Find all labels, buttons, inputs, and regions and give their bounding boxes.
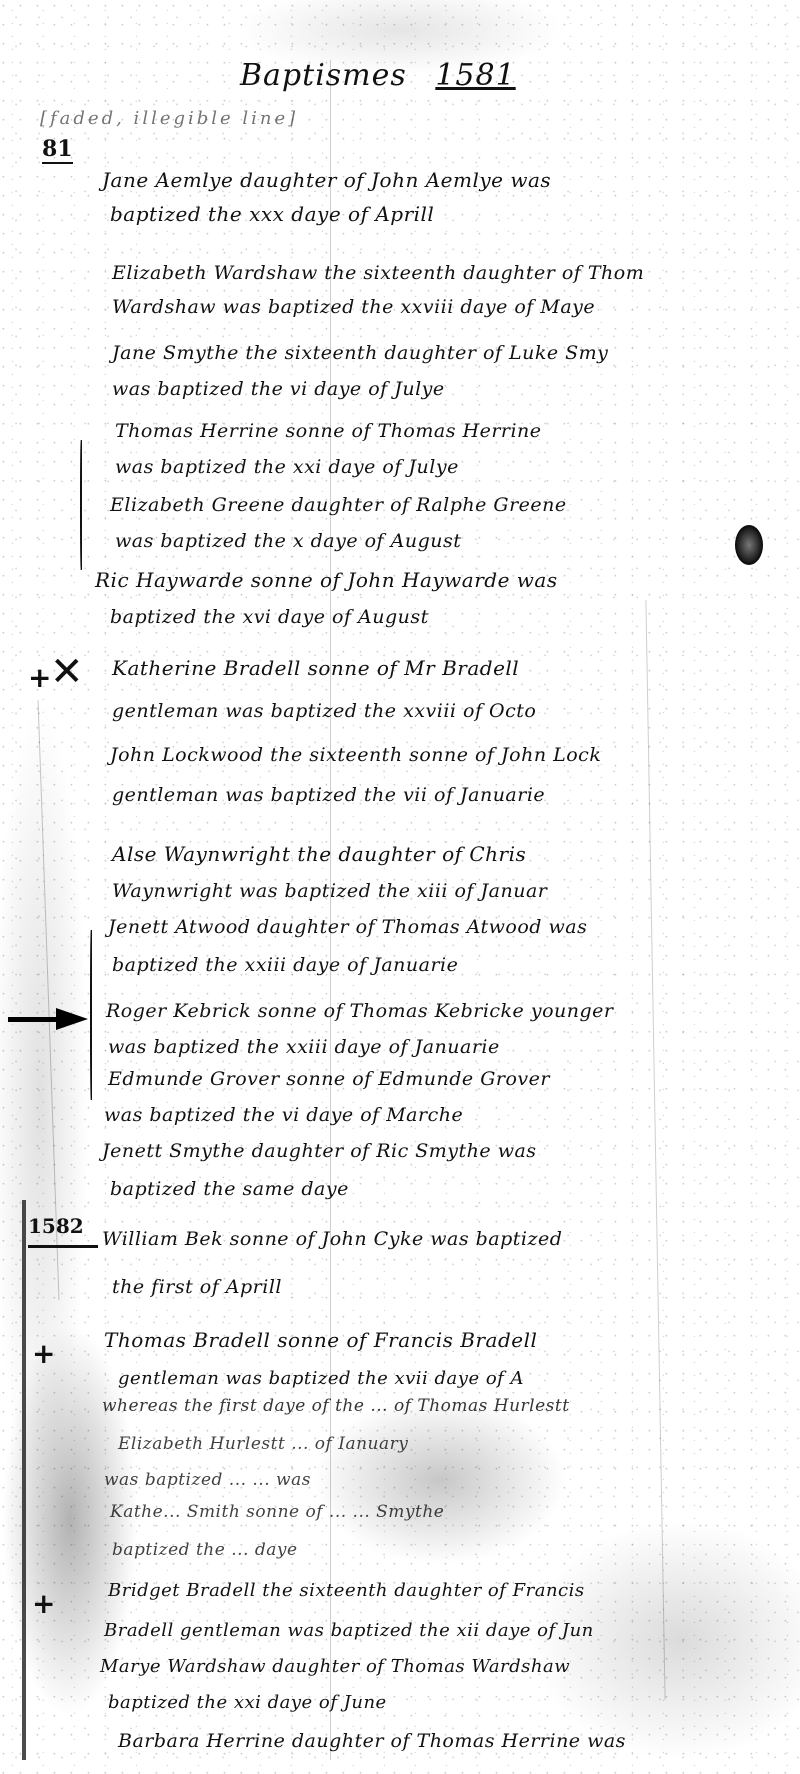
entry-line: Elizabeth Greene daughter of Ralphe Gree… bbox=[110, 494, 567, 516]
margin-cross-mark: + bbox=[32, 1590, 55, 1618]
entry-line: baptized the xxiii daye of Januarie bbox=[112, 954, 458, 976]
faded-line: [faded, illegible line] bbox=[40, 108, 760, 129]
entry-line: baptized the same daye bbox=[110, 1178, 349, 1200]
entry-line: Jenett Atwood daughter of Thomas Atwood … bbox=[108, 916, 587, 938]
entry-line: Jane Smythe the sixteenth daughter of Lu… bbox=[112, 342, 608, 364]
page-title: Baptismes 1581 bbox=[240, 58, 516, 93]
entry-line: Edmunde Grover sonne of Edmunde Grover bbox=[108, 1068, 550, 1090]
ink-blot bbox=[735, 525, 763, 565]
entry-line: baptized the xvi daye of August bbox=[110, 606, 429, 628]
entry-line: Waynwright was baptized the xiii of Janu… bbox=[112, 880, 547, 902]
entry-line: was baptized the vi daye of Julye bbox=[112, 378, 445, 400]
margin-bracket bbox=[90, 930, 92, 1100]
entry-line: baptized the ... daye bbox=[112, 1540, 298, 1560]
entry-line: John Lockwood the sixteenth sonne of Joh… bbox=[110, 744, 601, 766]
margin-year-number: 1582 bbox=[28, 1216, 84, 1238]
arrow-right-icon bbox=[8, 1008, 88, 1030]
manuscript-page: Baptismes 1581 [faded, illegible line] 8… bbox=[0, 0, 800, 1774]
page-edge-shadow bbox=[22, 1200, 26, 1760]
entry-line: Ric Haywarde sonne of John Haywarde was bbox=[95, 568, 558, 592]
entry-line: was baptized the x daye of August bbox=[115, 530, 461, 552]
entry-line: Elizabeth Wardshaw the sixteenth daughte… bbox=[112, 262, 644, 284]
header-year: 1581 bbox=[435, 58, 515, 93]
margin-divider-rule bbox=[28, 1245, 98, 1248]
entry-line: William Bek sonne of John Cyke was bapti… bbox=[102, 1228, 562, 1250]
entry-line: was baptized the vi daye of Marche bbox=[104, 1104, 463, 1126]
margin-x-mark: ✕ bbox=[50, 652, 84, 692]
entry-line: gentleman was baptized the xxviii of Oct… bbox=[112, 700, 536, 722]
entry-line: baptized the xxi daye of June bbox=[108, 1692, 387, 1713]
margin-cross-mark: + bbox=[32, 1340, 55, 1368]
entry-line: Wardshaw was baptized the xxviii daye of… bbox=[112, 296, 595, 318]
entry-line: Kathe... Smith sonne of ... ... Smythe bbox=[110, 1502, 444, 1522]
entry-line: baptized the xxx daye of Aprill bbox=[110, 202, 434, 226]
entry-line: Bridget Bradell the sixteenth daughter o… bbox=[108, 1580, 585, 1601]
entry-line: Marye Wardshaw daughter of Thomas Wardsh… bbox=[100, 1656, 570, 1677]
entry-line: Jane Aemlye daughter of John Aemlye was bbox=[102, 168, 551, 192]
entry-line: Elizabeth Hurlestt ... of Ianuary bbox=[118, 1434, 408, 1454]
entry-line: Alse Waynwright the daughter of Chris bbox=[112, 842, 526, 866]
entry-line: was baptized the xxi daye of Julye bbox=[115, 456, 459, 478]
entry-line: Thomas Bradell sonne of Francis Bradell bbox=[104, 1328, 537, 1352]
entry-line: was baptized ... ... was bbox=[104, 1470, 311, 1490]
entry-line: Katherine Bradell sonne of Mr Bradell bbox=[112, 656, 519, 680]
entry-line: Barbara Herrine daughter of Thomas Herri… bbox=[118, 1730, 626, 1752]
entry-line: Jenett Smythe daughter of Ric Smythe was bbox=[102, 1140, 537, 1162]
entry-line: gentleman was baptized the xvii daye of … bbox=[118, 1368, 524, 1389]
entry-line: whereas the first daye of the ... of Tho… bbox=[102, 1396, 570, 1416]
scan-ruling-line bbox=[38, 700, 60, 1300]
margin-cross-mark: + bbox=[28, 664, 51, 692]
entry-line: Thomas Herrine sonne of Thomas Herrine bbox=[115, 420, 542, 442]
entry-line: was baptized the xxiii daye of Januarie bbox=[108, 1036, 500, 1058]
scan-ruling-line bbox=[645, 600, 665, 1700]
margin-year-number: 81 bbox=[42, 138, 73, 164]
entry-line: Roger Kebrick sonne of Thomas Kebricke y… bbox=[106, 1000, 613, 1022]
entry-line: Bradell gentleman was baptized the xii d… bbox=[104, 1620, 594, 1641]
entry-line: the first of Aprill bbox=[112, 1276, 282, 1298]
entry-line: gentleman was baptized the vii of Januar… bbox=[112, 784, 545, 806]
margin-bracket bbox=[80, 440, 82, 570]
header-title: Baptismes bbox=[240, 58, 407, 93]
